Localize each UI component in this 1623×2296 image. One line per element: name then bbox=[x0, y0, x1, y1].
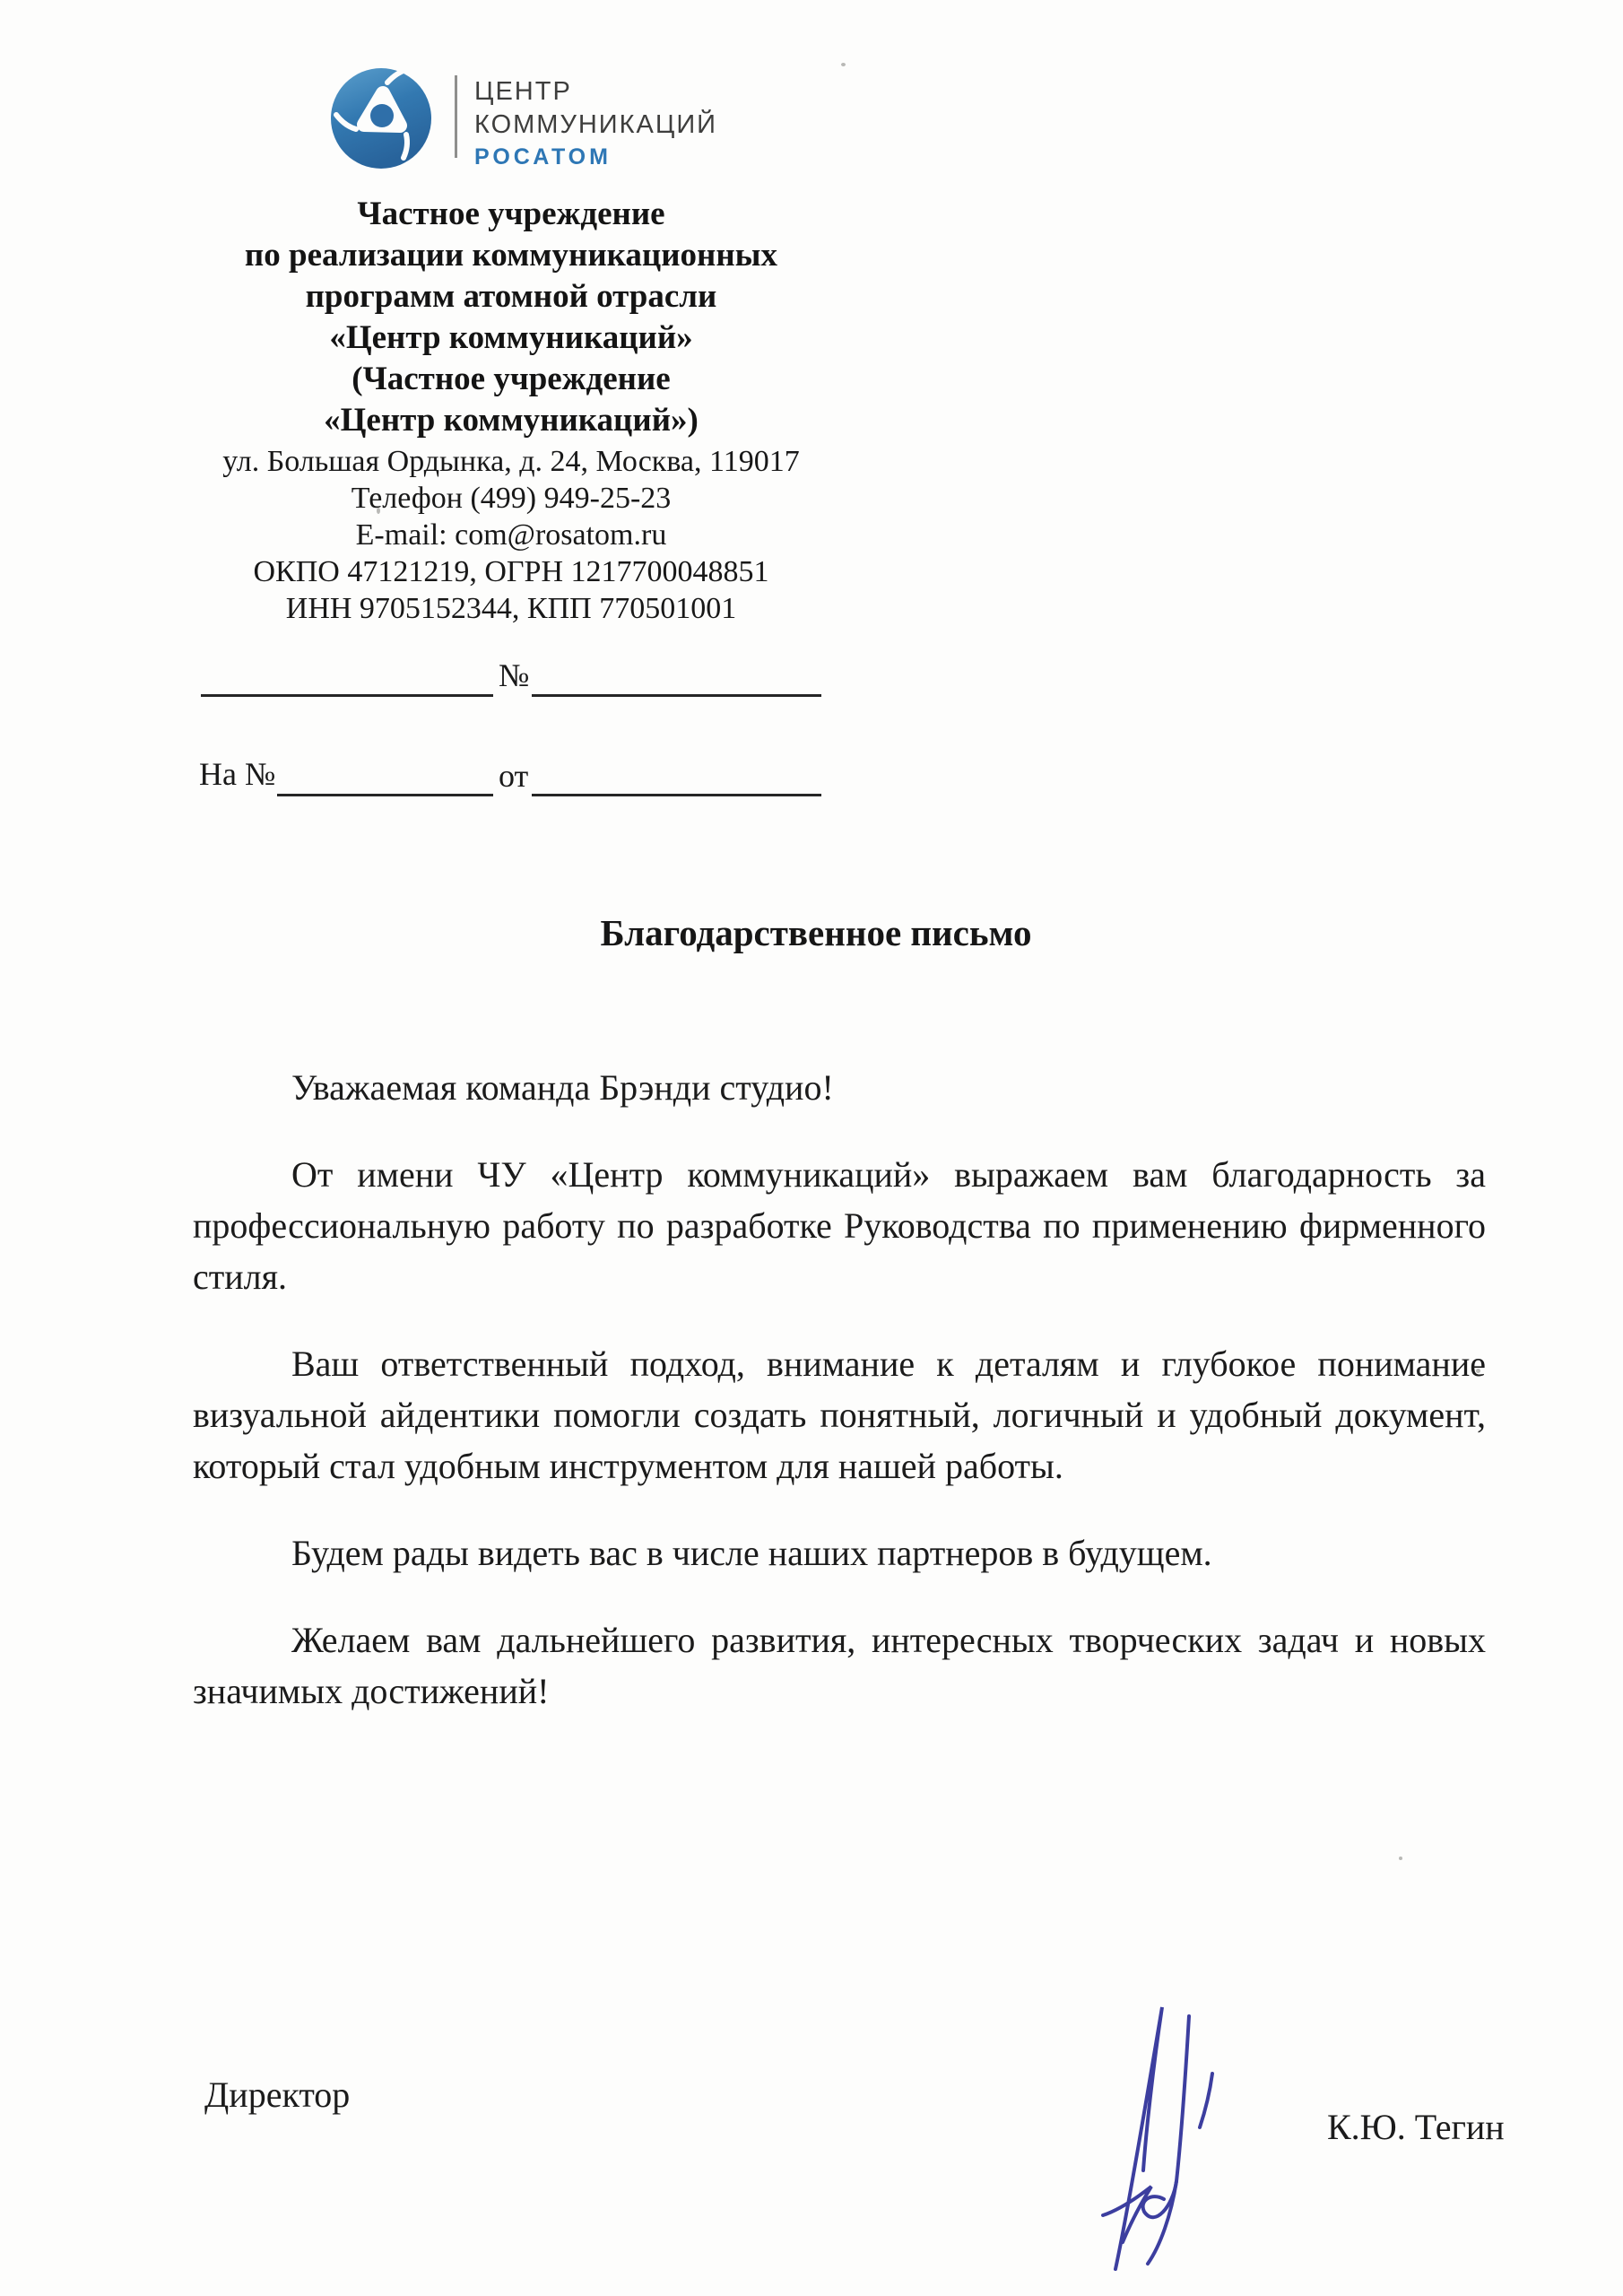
org-name-line: программ атомной отрасли bbox=[152, 276, 870, 317]
scan-speck bbox=[1476, 1369, 1480, 1373]
outgoing-number-label: № bbox=[499, 657, 529, 694]
okpo-ogrn-line: ОКПО 47121219, ОГРН 1217700048851 bbox=[152, 553, 870, 590]
logo-line-center: ЦЕНТР bbox=[474, 79, 717, 105]
reply-from-label: от bbox=[499, 757, 528, 795]
org-name-line: (Частное учреждение bbox=[152, 359, 870, 400]
body-paragraph: Ваш ответственный подход, внимание к дет… bbox=[193, 1338, 1486, 1492]
address-line: ул. Большая Ордынка, д. 24, Москва, 1190… bbox=[152, 443, 870, 480]
reply-date-blank-line bbox=[532, 794, 821, 796]
scanned-letter-page: ЦЕНТР КОММУНИКАЦИЙ РОСАТОМ Частное учреж… bbox=[0, 0, 1623, 2296]
signer-name: К.Ю. Тегин bbox=[1327, 2106, 1505, 2148]
contact-details-block: ул. Большая Ордынка, д. 24, Москва, 1190… bbox=[152, 443, 870, 627]
rosatom-emblem-icon bbox=[328, 57, 436, 181]
letter-title: Благодарственное письмо bbox=[193, 911, 1439, 954]
inn-kpp-line: ИНН 9705152344, КПП 770501001 bbox=[152, 590, 870, 627]
greeting-line: Уважаемая команда Брэнди студио! bbox=[193, 1062, 1486, 1113]
body-paragraph: От имени ЧУ «Центр коммуникаций» выражае… bbox=[193, 1149, 1486, 1302]
logo-divider bbox=[455, 75, 457, 158]
reply-number-blank-line bbox=[277, 794, 493, 796]
logo-line-rosatom: РОСАТОМ bbox=[474, 146, 717, 169]
org-name-line: по реализации коммуникационных bbox=[152, 235, 870, 276]
logo-wordmark: ЦЕНТР КОММУНИКАЦИЙ РОСАТОМ bbox=[474, 79, 717, 169]
organization-name-block: Частное учреждение по реализации коммуни… bbox=[152, 194, 870, 441]
email-line: E-mail: com@rosatom.ru bbox=[152, 517, 870, 553]
scan-speck bbox=[1399, 1857, 1402, 1860]
body-paragraph: Желаем вам дальнейшего развития, интерес… bbox=[193, 1614, 1486, 1717]
logo-line-communications: КОММУНИКАЦИЙ bbox=[474, 112, 717, 138]
scan-speck bbox=[377, 508, 380, 514]
letter-body: Уважаемая команда Брэнди студио! От имен… bbox=[193, 1062, 1486, 1752]
handwritten-signature bbox=[1096, 1980, 1248, 2285]
org-name-line: «Центр коммуникаций» bbox=[152, 317, 870, 359]
phone-line: Телефон (499) 949-25-23 bbox=[152, 480, 870, 517]
outgoing-number-blank-line bbox=[532, 694, 821, 697]
reply-to-number-label: На № bbox=[199, 755, 275, 793]
org-name-line: Частное учреждение bbox=[152, 194, 870, 235]
signer-position-label: Директор bbox=[204, 2074, 350, 2116]
org-name-line: «Центр коммуникаций») bbox=[152, 400, 870, 441]
body-paragraph: Будем рады видеть вас в числе наших парт… bbox=[193, 1527, 1486, 1578]
scan-speck bbox=[841, 63, 846, 66]
outgoing-date-blank-line bbox=[201, 694, 493, 697]
